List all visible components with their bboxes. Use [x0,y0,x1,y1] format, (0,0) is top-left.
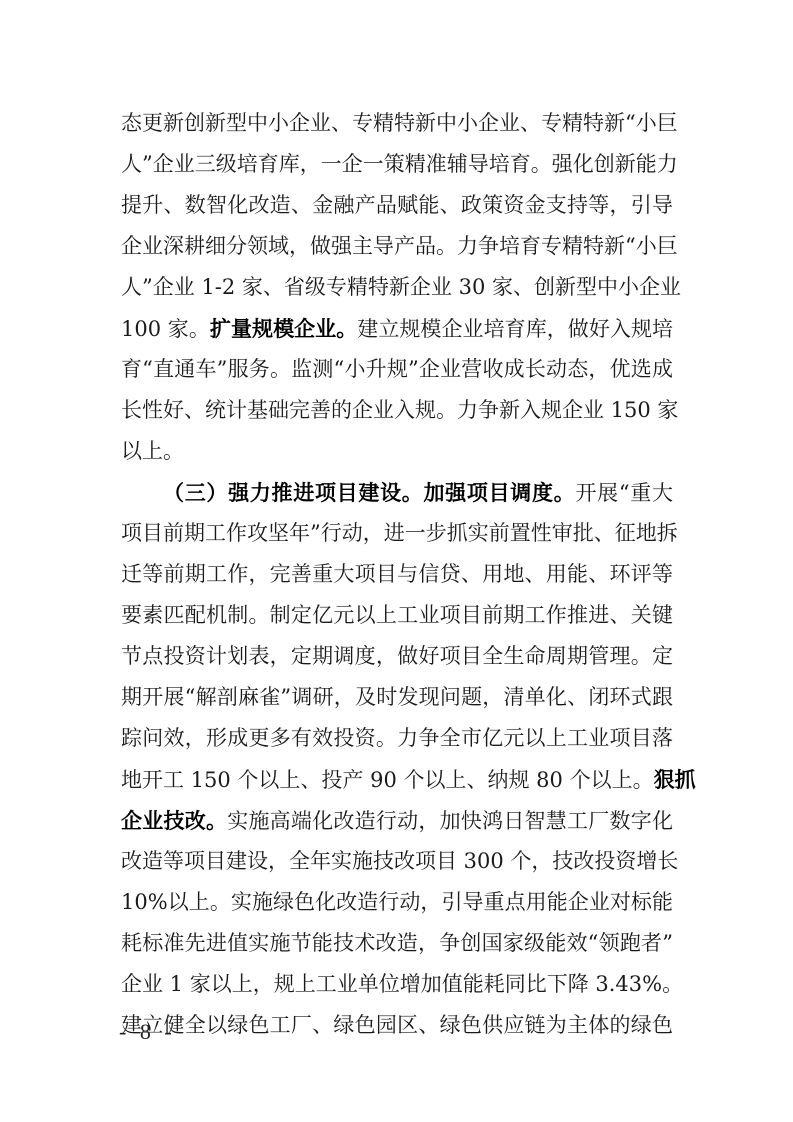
text-line: 提升、数智化改造、金融产品赋能、政策资金支持等，引导 [121,185,673,226]
text-line: 企业深耕细分领域，做强主导产品。力争培育专精特新“小巨 [121,226,673,267]
body-text: 态更新创新型中小企业、专精特新中小企业、专精特新“小巨人”企业三级培育库，一企一… [121,103,673,1046]
text-line: 地开工 150 个以上、投产 90 个以上、纳规 80 个以上。狠抓 [121,759,673,800]
page-number: - 8 - [119,1019,176,1045]
paragraph-text: 以上。 [121,439,184,463]
text-line: 踪问效，形成更多有效投资。力争全市亿元以上工业项目落 [121,718,673,759]
text-line: 态更新创新型中小企业、专精特新中小企业、专精特新“小巨 [121,103,673,144]
paragraph-text: 地开工 150 个以上、投产 90 个以上、纳规 80 个以上。 [121,768,654,792]
text-line: 建立健全以绿色工厂、绿色园区、绿色供应链为主体的绿色 [121,1005,673,1046]
paragraph-text: 态更新创新型中小企业、专精特新中小企业、专精特新“小巨 [121,111,678,135]
text-line: 企业 1 家以上，规上工业单位增加值能耗同比下降 3.43%。 [121,964,673,1005]
bold-heading-text: 狠抓 [654,767,696,792]
bold-heading-text: 扩量规模企业。 [210,316,357,341]
bold-heading-text: （三）强力推进项目建设。加强项目调度。 [163,480,575,505]
document-page: 态更新创新型中小企业、专精特新中小企业、专精特新“小巨人”企业三级培育库，一企一… [0,0,793,1122]
paragraph-text: 10%以上。实施绿色化改造行动，引导重点用能企业对标能 [121,890,673,914]
paragraph-text: 期开展“解剖麻雀”调研，及时发现问题，清单化、闭环式跟 [121,685,673,709]
paragraph-text: 要素匹配机制。制定亿元以上工业项目前期工作推进、关键 [121,603,673,627]
text-line: 企业技改。实施高端化改造行动，加快鸿日智慧工厂数字化 [121,800,673,841]
paragraph-text: 长性好、统计基础完善的企业入规。力争新入规企业 150 家 [121,398,678,422]
paragraph-text: 育“直通车”服务。监测“小升规”企业营收成长动态，优选成 [121,357,673,381]
paragraph-text: 节点投资计划表，定期调度，做好项目全生命周期管理。定 [121,644,673,668]
text-line: 要素匹配机制。制定亿元以上工业项目前期工作推进、关键 [121,595,673,636]
text-line: 改造等项目建设，全年实施技改项目 300 个，技改投资增长 [121,841,673,882]
text-line: （三）强力推进项目建设。加强项目调度。开展“重大 [121,472,673,513]
text-line: 育“直通车”服务。监测“小升规”企业营收成长动态，优选成 [121,349,673,390]
text-line: 项目前期工作攻坚年”行动，进一步抓实前置性审批、征地拆 [121,513,673,554]
paragraph-text: 踪问效，形成更多有效投资。力争全市亿元以上工业项目落 [121,726,673,750]
paragraph-text: 耗标准先进值实施节能技术改造，争创国家级能效“领跑者” [121,931,673,955]
text-line: 期开展“解剖麻雀”调研，及时发现问题，清单化、闭环式跟 [121,677,673,718]
text-line: 迁等前期工作，完善重大项目与信贷、用地、用能、环评等 [121,554,673,595]
text-line: 长性好、统计基础完善的企业入规。力争新入规企业 150 家 [121,390,673,431]
paragraph-text: 提升、数智化改造、金融产品赋能、政策资金支持等，引导 [121,193,673,217]
text-line: 节点投资计划表，定期调度，做好项目全生命周期管理。定 [121,636,673,677]
paragraph-text: 实施高端化改造行动，加快鸿日智慧工厂数字化 [227,809,673,833]
paragraph-text: 建立健全以绿色工厂、绿色园区、绿色供应链为主体的绿色 [121,1013,673,1037]
paragraph-text: 人”企业三级培育库，一企一策精准辅导培育。强化创新能力 [121,152,678,176]
paragraph-text: 建立规模企业培育库，做好入规培 [357,317,673,341]
bold-heading-text: 企业技改。 [121,808,227,833]
paragraph-text: 100 家。 [121,317,210,341]
paragraph-text: 人”企业 1-2 家、省级专精特新企业 30 家、创新型中小企业 [121,275,681,299]
paragraph-text: 企业 1 家以上，规上工业单位增加值能耗同比下降 3.43%。 [121,972,683,996]
paragraph-text: 迁等前期工作，完善重大项目与信贷、用地、用能、环评等 [121,562,673,586]
text-line: 耗标准先进值实施节能技术改造，争创国家级能效“领跑者” [121,923,673,964]
paragraph-text: 改造等项目建设，全年实施技改项目 300 个，技改投资增长 [121,849,678,873]
text-line: 100 家。扩量规模企业。建立规模企业培育库，做好入规培 [121,308,673,349]
text-line: 以上。 [121,431,673,472]
paragraph-text: 开展“重大 [575,481,673,505]
text-line: 10%以上。实施绿色化改造行动，引导重点用能企业对标能 [121,882,673,923]
text-line: 人”企业三级培育库，一企一策精准辅导培育。强化创新能力 [121,144,673,185]
text-line: 人”企业 1-2 家、省级专精特新企业 30 家、创新型中小企业 [121,267,673,308]
paragraph-text: 项目前期工作攻坚年”行动，进一步抓实前置性审批、征地拆 [121,521,678,545]
paragraph-text: 企业深耕细分领域，做强主导产品。力争培育专精特新“小巨 [121,234,678,258]
